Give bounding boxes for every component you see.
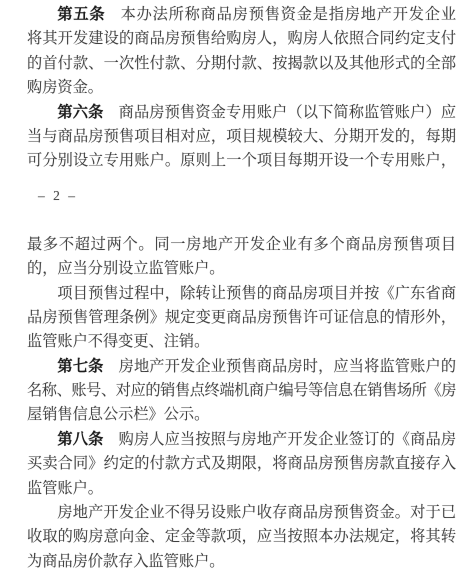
line-text: 品房预售管理条例》规定变更商品房预售许可证信息的情形外， xyxy=(27,309,456,326)
scanned-document-page: 第五条本办法所称商品房预售资金是指房地产开发企业将其开发建设的商品房预售给购房人… xyxy=(0,0,473,572)
document-line: 屋销售信息公示栏》公示。 xyxy=(27,403,456,427)
line-text: 名称、账号、对应的销售点终端机商户编号等信息在销售场所《房 xyxy=(27,382,456,399)
line-text: 本办法所称商品房预售资金是指房地产开发企业 xyxy=(121,6,456,23)
document-line: 第八条购房人应当按照与房地产开发企业签订的《商品房 xyxy=(27,428,456,452)
document-line: 的首付款、一次性付款、分期付款、按揭款以及其他形式的全部 xyxy=(27,52,456,76)
line-text: 项目预售过程中，除转让预售的商品房项目并按《广东省商 xyxy=(57,285,456,302)
line-text: 房地产开发企业预售商品房时，应当将监管账户的 xyxy=(119,358,456,375)
document-line: 第六条商品房预售资金专用账户（以下简称监管账户）应 xyxy=(27,101,456,125)
article-number: 第七条 xyxy=(57,358,118,375)
document-line: 项目预售过程中，除转让预售的商品房项目并按《广东省商 xyxy=(27,282,456,306)
document-line: 收取的购房意向金、定金等款项，应当按照本办法规定，将其转 xyxy=(27,525,456,549)
line-text: 购房人应当按照与房地产开发企业签订的《商品房 xyxy=(119,431,456,448)
document-line: 监管账户不得变更、注销。 xyxy=(27,330,456,354)
page-number: – 2 – xyxy=(38,187,456,205)
document-line: 可分别设立专用账户。原则上一个项目每期开设一个专用账户， xyxy=(27,149,456,173)
article-number: 第六条 xyxy=(57,104,118,121)
document-line: 监管账户。 xyxy=(27,477,456,501)
line-text: 购房资金。 xyxy=(27,79,103,96)
document-line: 当与商品房预售项目相对应，项目规模较大、分期开发的，每期 xyxy=(27,125,456,149)
line-text: 监管账户。 xyxy=(27,480,103,497)
document-line: 买卖合同》约定的付款方式及期限，将商品房预售房款直接存入 xyxy=(27,452,456,476)
document-line: 最多不超过两个。同一房地产开发企业有多个商品房预售项目 xyxy=(27,233,456,257)
article-number: 第五条 xyxy=(57,6,120,23)
document-page-3-section: 最多不超过两个。同一房地产开发企业有多个商品房预售项目的，应当分别设立监管账户。… xyxy=(27,233,456,572)
line-text: 房地产开发企业不得另设账户收存商品房预售资金。对于已 xyxy=(57,504,456,521)
line-text: 商品房预售资金专用账户（以下简称监管账户）应 xyxy=(119,104,456,121)
document-line: 房地产开发企业不得另设账户收存商品房预售资金。对于已 xyxy=(27,501,456,525)
line-text: 监管账户不得变更、注销。 xyxy=(27,333,209,350)
document-line: 第七条房地产开发企业预售商品房时，应当将监管账户的 xyxy=(27,355,456,379)
line-text: 屋销售信息公示栏》公示。 xyxy=(27,406,209,423)
line-text: 最多不超过两个。同一房地产开发企业有多个商品房预售项目 xyxy=(27,236,456,253)
article-number: 第八条 xyxy=(57,431,118,448)
document-line: 将其开发建设的商品房预售给购房人，购房人依照合同约定支付 xyxy=(27,27,456,51)
line-text: 买卖合同》约定的付款方式及期限，将商品房预售房款直接存入 xyxy=(27,455,456,472)
line-text: 可分别设立专用账户。原则上一个项目每期开设一个专用账户， xyxy=(27,152,456,169)
document-line: 品房预售管理条例》规定变更商品房预售许可证信息的情形外， xyxy=(27,306,456,330)
line-text: 的，应当分别设立监管账户。 xyxy=(27,260,224,277)
line-text: 收取的购房意向金、定金等款项，应当按照本办法规定，将其转 xyxy=(27,528,456,545)
document-line: 购房资金。 xyxy=(27,76,456,100)
document-line: 的，应当分别设立监管账户。 xyxy=(27,257,456,281)
line-text: 为商品房价款存入监管账户。 xyxy=(27,553,224,570)
line-text: 将其开发建设的商品房预售给购房人，购房人依照合同约定支付 xyxy=(27,30,456,47)
line-text: 的首付款、一次性付款、分期付款、按揭款以及其他形式的全部 xyxy=(27,55,456,72)
document-page-2-section: 第五条本办法所称商品房预售资金是指房地产开发企业将其开发建设的商品房预售给购房人… xyxy=(27,3,456,174)
document-line: 为商品房价款存入监管账户。 xyxy=(27,550,456,572)
document-line: 第五条本办法所称商品房预售资金是指房地产开发企业 xyxy=(27,3,456,27)
document-line: 名称、账号、对应的销售点终端机商户编号等信息在销售场所《房 xyxy=(27,379,456,403)
line-text: 当与商品房预售项目相对应，项目规模较大、分期开发的，每期 xyxy=(27,128,456,145)
